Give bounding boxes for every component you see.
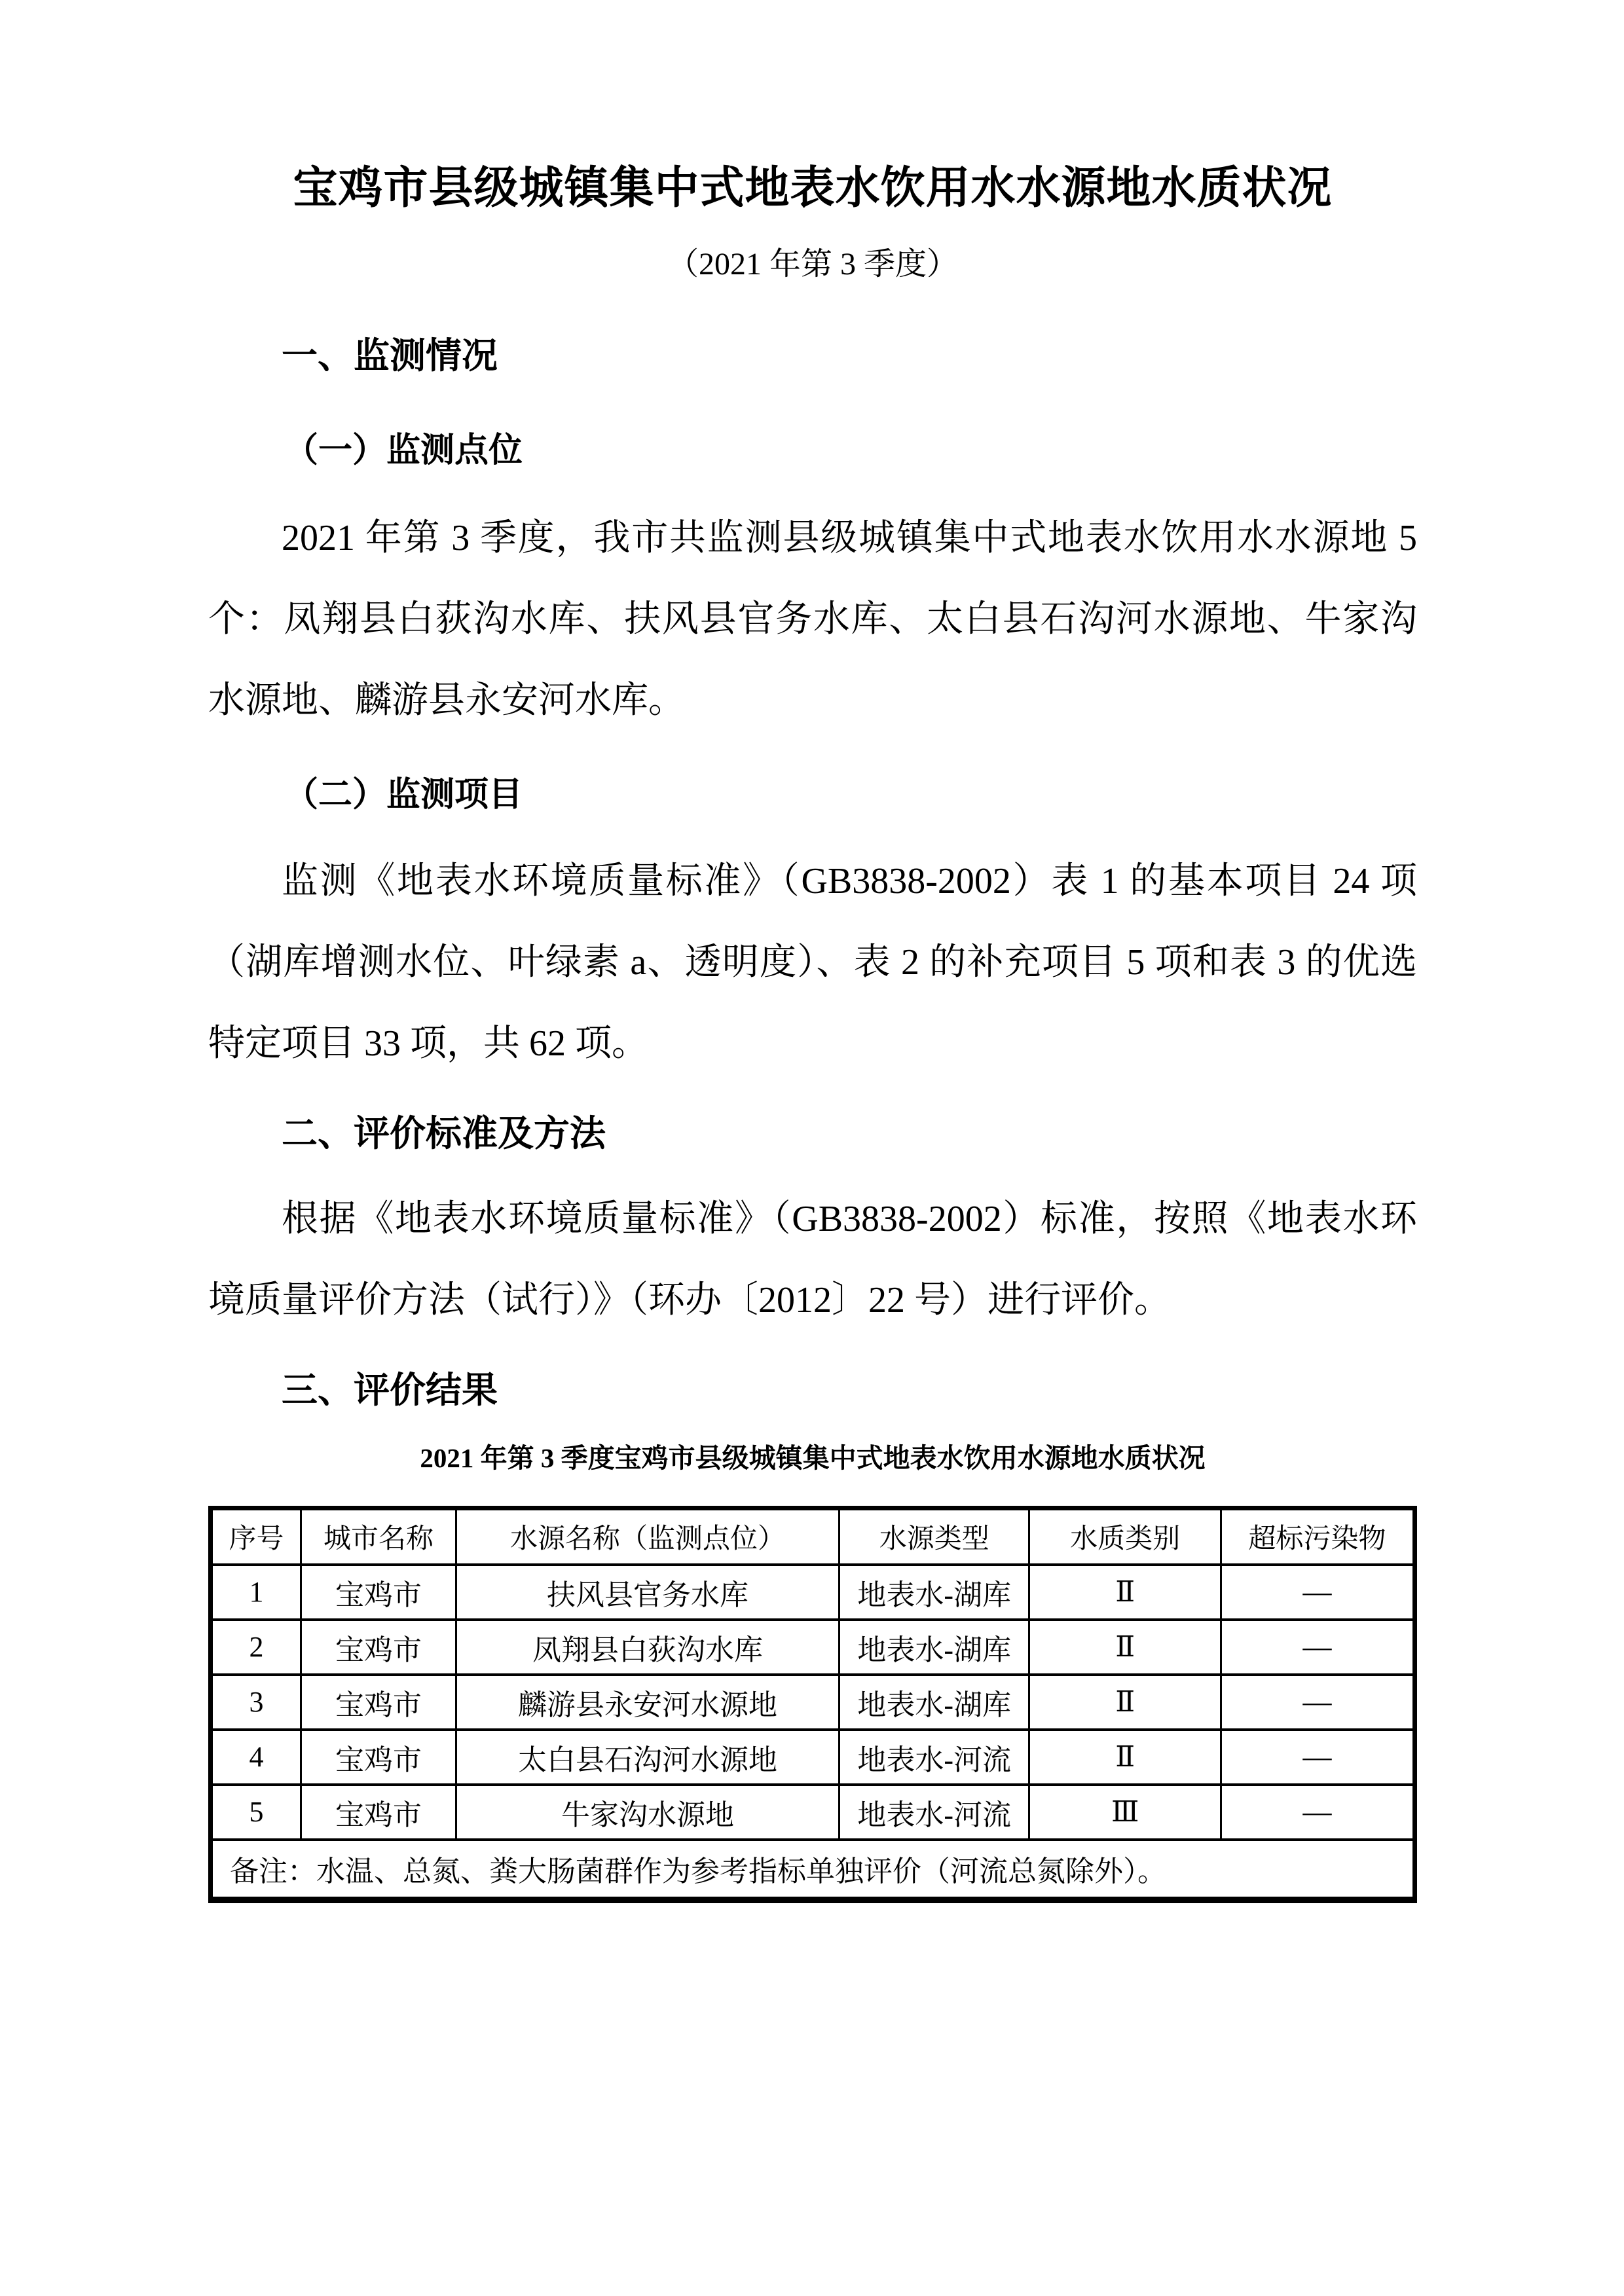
cell-exceeding-pollutants: — bbox=[1221, 1675, 1414, 1730]
cell-exceeding-pollutants: — bbox=[1221, 1620, 1414, 1675]
table-note-row: 备注：水温、总氮、粪大肠菌群作为参考指标单独评价（河流总氮除外）。 bbox=[211, 1840, 1415, 1900]
cell-city: 宝鸡市 bbox=[301, 1730, 456, 1785]
cell-source-name: 太白县石沟河水源地 bbox=[456, 1730, 840, 1785]
table-row: 3 宝鸡市 麟游县永安河水源地 地表水-湖库 Ⅱ — bbox=[211, 1675, 1415, 1730]
monitoring-items-paragraph: 监测《地表水环境质量标准》（GB3838-2002）表 1 的基本项目 24 项… bbox=[208, 841, 1417, 1084]
section-1-2-heading: （二）监测项目 bbox=[208, 773, 1417, 818]
section-3-heading: 三、评价结果 bbox=[208, 1367, 1417, 1413]
table-note: 备注：水温、总氮、粪大肠菌群作为参考指标单独评价（河流总氮除外）。 bbox=[211, 1840, 1415, 1900]
document-subtitle: （2021 年第 3 季度） bbox=[208, 246, 1417, 283]
cell-index: 3 bbox=[211, 1675, 301, 1730]
cell-index: 5 bbox=[211, 1785, 301, 1840]
cell-source-name: 凤翔县白荻沟水库 bbox=[456, 1620, 840, 1675]
cell-quality-class: Ⅱ bbox=[1029, 1565, 1221, 1620]
table-row: 4 宝鸡市 太白县石沟河水源地 地表水-河流 Ⅱ — bbox=[211, 1730, 1415, 1785]
cell-quality-class: Ⅲ bbox=[1029, 1785, 1221, 1840]
cell-source-type: 地表水-湖库 bbox=[839, 1565, 1029, 1620]
cell-index: 2 bbox=[211, 1620, 301, 1675]
cell-city: 宝鸡市 bbox=[301, 1620, 456, 1675]
cell-index: 4 bbox=[211, 1730, 301, 1785]
monitoring-points-paragraph: 2021 年第 3 季度，我市共监测县级城镇集中式地表水饮用水水源地 5 个：凤… bbox=[208, 498, 1417, 741]
cell-index: 1 bbox=[211, 1565, 301, 1620]
cell-exceeding-pollutants: — bbox=[1221, 1785, 1414, 1840]
table-row: 1 宝鸡市 扶风县官务水库 地表水-湖库 Ⅱ — bbox=[211, 1565, 1415, 1620]
section-1-1-heading: （一）监测点位 bbox=[208, 428, 1417, 474]
cell-city: 宝鸡市 bbox=[301, 1565, 456, 1620]
cell-city: 宝鸡市 bbox=[301, 1785, 456, 1840]
cell-city: 宝鸡市 bbox=[301, 1675, 456, 1730]
table-row: 2 宝鸡市 凤翔县白荻沟水库 地表水-湖库 Ⅱ — bbox=[211, 1620, 1415, 1675]
standards-paragraph: 根据《地表水环境质量标准》（GB3838-2002）标准，按照《地表水环境质量评… bbox=[208, 1178, 1417, 1341]
column-header-index: 序号 bbox=[211, 1508, 301, 1565]
table-row: 5 宝鸡市 牛家沟水源地 地表水-河流 Ⅲ — bbox=[211, 1785, 1415, 1840]
section-2-heading: 二、评价标准及方法 bbox=[208, 1110, 1417, 1156]
cell-source-name: 麟游县永安河水源地 bbox=[456, 1675, 840, 1730]
cell-source-type: 地表水-河流 bbox=[839, 1730, 1029, 1785]
column-header-exceeding-pollutants: 超标污染物 bbox=[1221, 1508, 1414, 1565]
results-table: 序号 城市名称 水源名称（监测点位） 水源类型 水质类别 超标污染物 1 宝鸡市… bbox=[208, 1506, 1417, 1903]
cell-source-type: 地表水-湖库 bbox=[839, 1620, 1029, 1675]
cell-source-type: 地表水-河流 bbox=[839, 1785, 1029, 1840]
cell-quality-class: Ⅱ bbox=[1029, 1620, 1221, 1675]
cell-source-name: 扶风县官务水库 bbox=[456, 1565, 840, 1620]
column-header-quality-class: 水质类别 bbox=[1029, 1508, 1221, 1565]
column-header-source-type: 水源类型 bbox=[839, 1508, 1029, 1565]
results-table-caption: 2021 年第 3 季度宝鸡市县级城镇集中式地表水饮用水源地水质状况 bbox=[208, 1442, 1417, 1474]
cell-quality-class: Ⅱ bbox=[1029, 1675, 1221, 1730]
column-header-source-name: 水源名称（监测点位） bbox=[456, 1508, 840, 1565]
column-header-city: 城市名称 bbox=[301, 1508, 456, 1565]
section-1-heading: 一、监测情况 bbox=[208, 333, 1417, 378]
document-title: 宝鸡市县级城镇集中式地表水饮用水水源地水质状况 bbox=[208, 162, 1417, 213]
cell-exceeding-pollutants: — bbox=[1221, 1730, 1414, 1785]
cell-quality-class: Ⅱ bbox=[1029, 1730, 1221, 1785]
cell-source-type: 地表水-湖库 bbox=[839, 1675, 1029, 1730]
document-page: 宝鸡市县级城镇集中式地表水饮用水水源地水质状况 （2021 年第 3 季度） 一… bbox=[0, 0, 1624, 2296]
cell-exceeding-pollutants: — bbox=[1221, 1565, 1414, 1620]
cell-source-name: 牛家沟水源地 bbox=[456, 1785, 840, 1840]
table-header-row: 序号 城市名称 水源名称（监测点位） 水源类型 水质类别 超标污染物 bbox=[211, 1508, 1415, 1565]
